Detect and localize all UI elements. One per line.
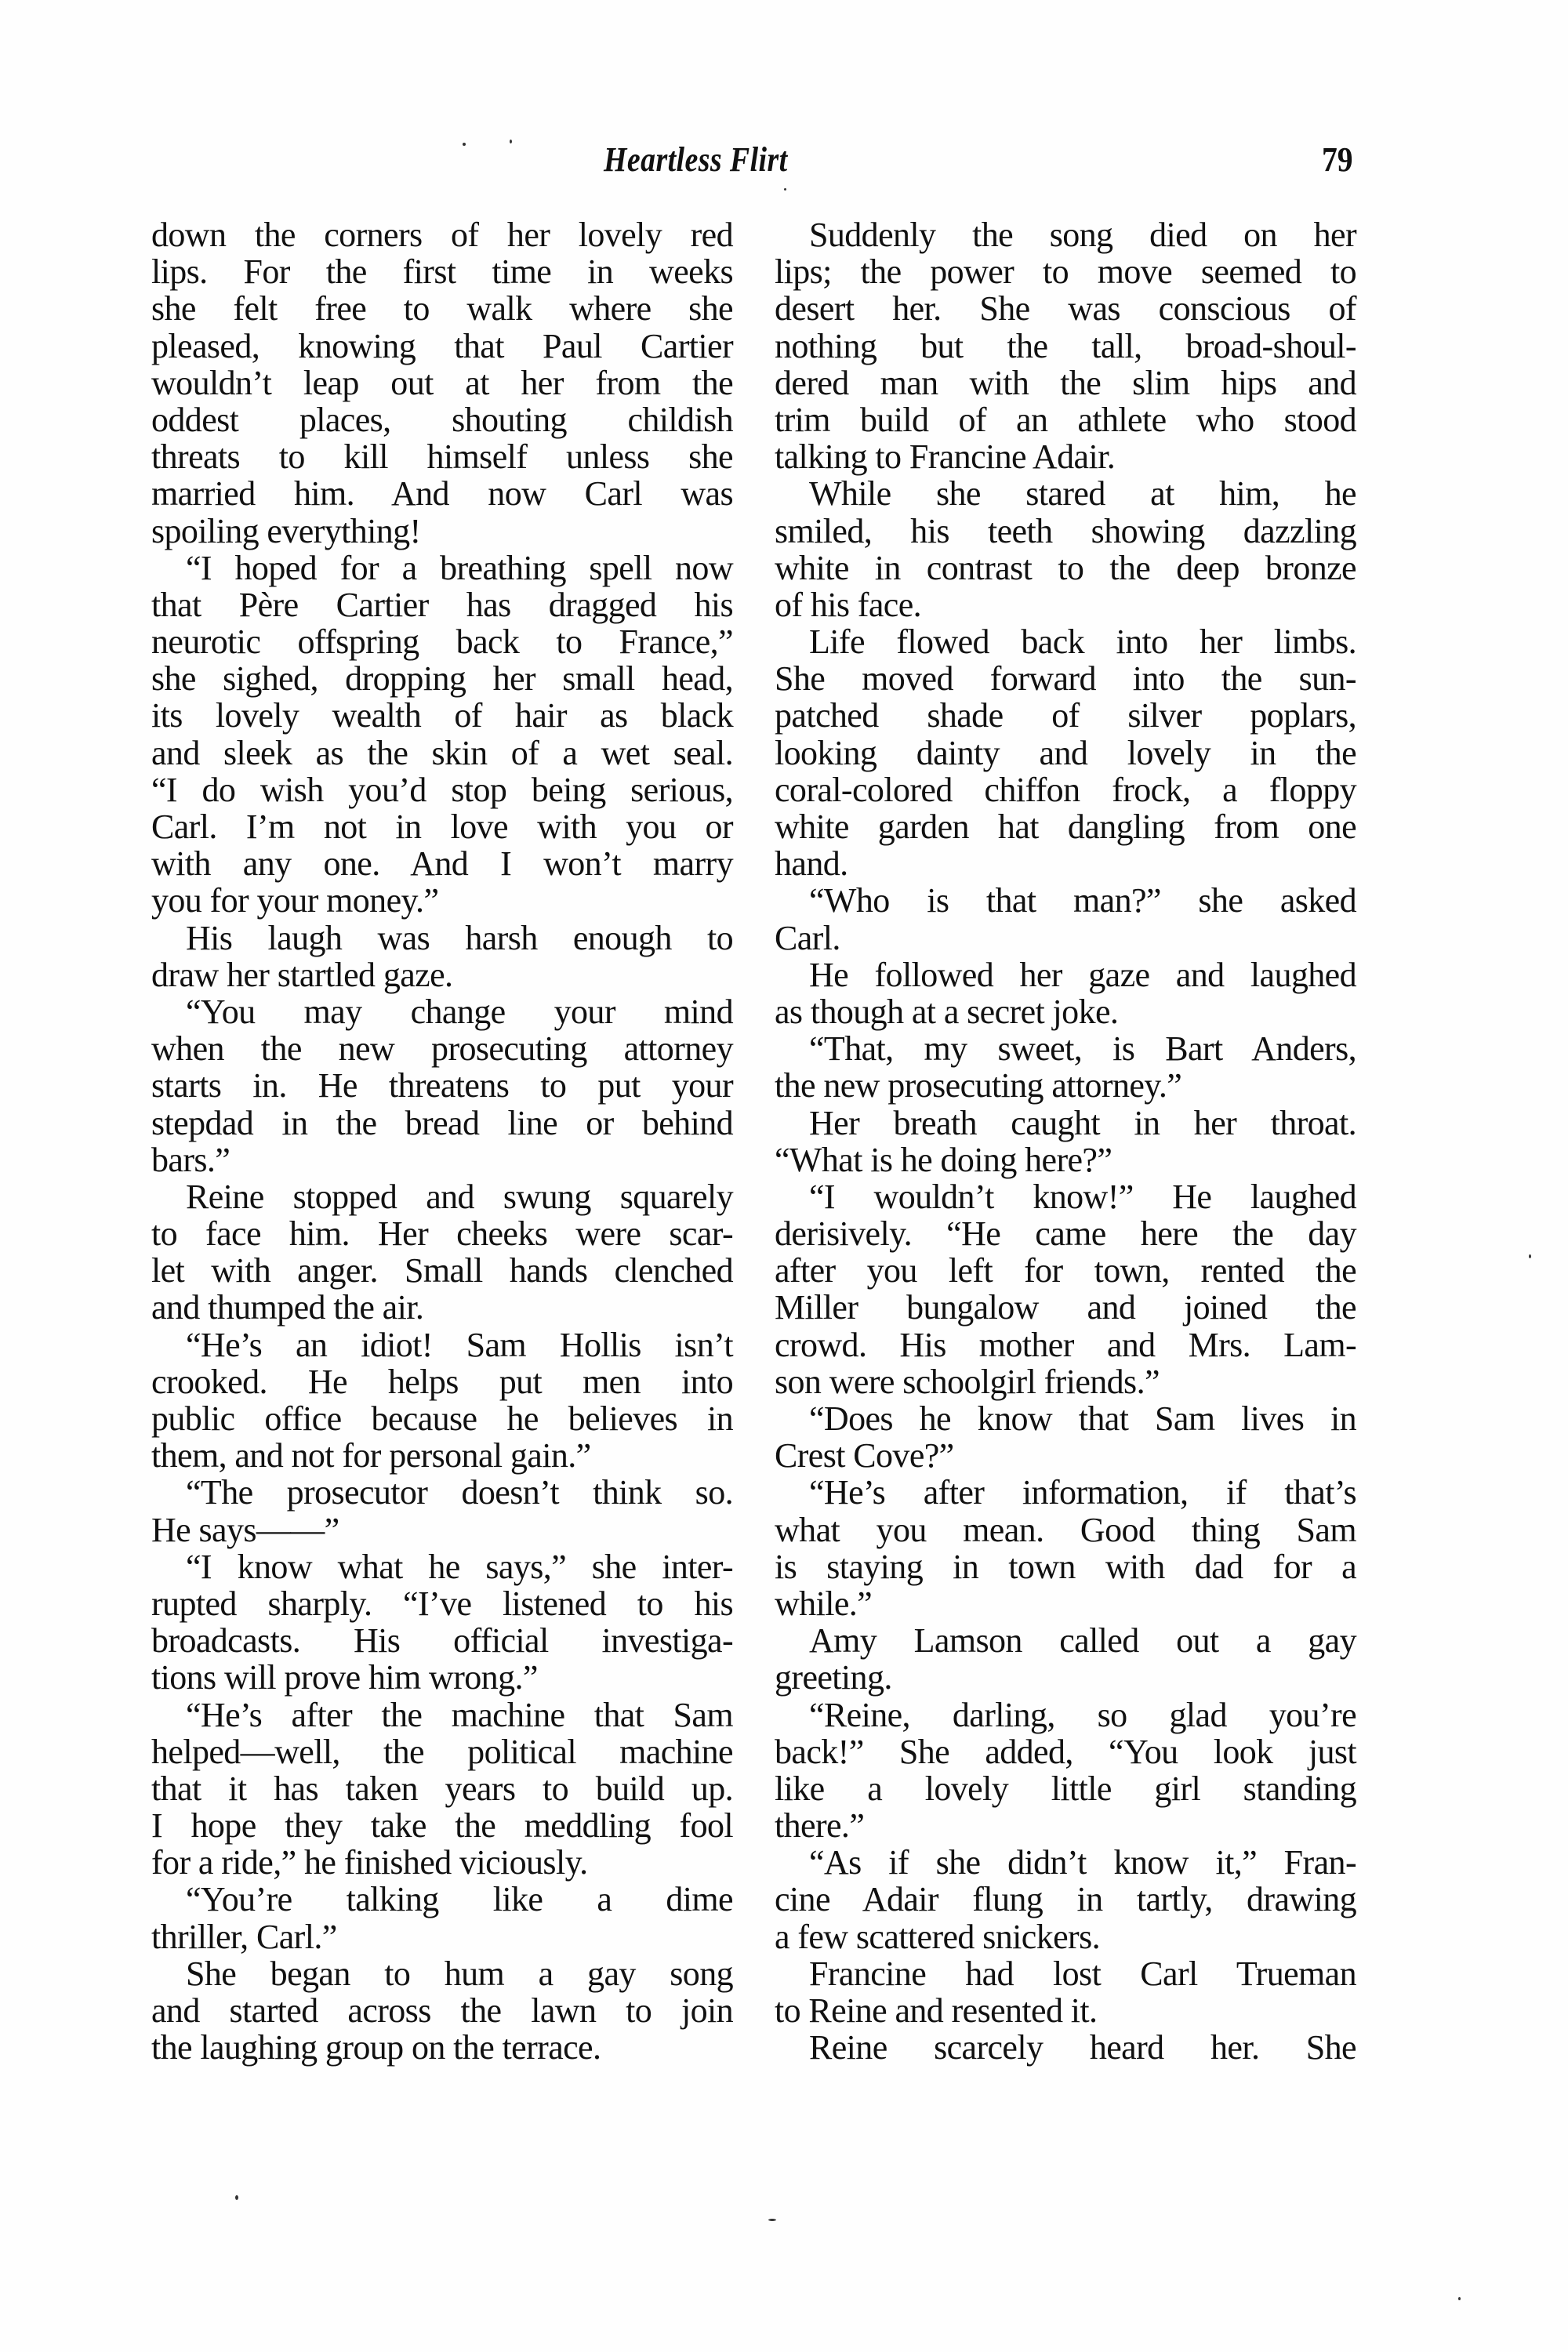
text-line: helped—well, the political machine <box>151 1733 733 1770</box>
text-line: “As if she didn’t know it,” Fran- <box>775 1844 1356 1881</box>
text-column-right: Suddenly the song died on herlips; the p… <box>775 216 1356 2066</box>
text-line: of his face. <box>775 586 1356 623</box>
text-line: “What is he doing here?” <box>775 1142 1356 1178</box>
text-line: you for your money.” <box>151 882 733 919</box>
text-line: nothing but the tall, broad-shoul- <box>775 328 1356 365</box>
text-line: lips. For the first time in weeks <box>151 253 733 290</box>
text-line: He says——” <box>151 1512 733 1548</box>
text-line: “Reine, darling, so glad you’re <box>775 1697 1356 1733</box>
text-line: when the new prosecuting attorney <box>151 1030 733 1067</box>
text-line: the new prosecuting attorney.” <box>775 1067 1356 1104</box>
text-line: Francine had lost Carl Trueman <box>775 1955 1356 1992</box>
text-line: Life flowed back into her limbs. <box>775 623 1356 660</box>
text-line: “You’re talking like a dime <box>151 1881 733 1918</box>
text-line: let with anger. Small hands clenched <box>151 1252 733 1289</box>
text-line: Amy Lamson called out a gay <box>775 1622 1356 1659</box>
text-line: “I know what he says,” she inter- <box>151 1548 733 1585</box>
text-line: spoiling everything! <box>151 513 733 550</box>
text-line: She moved forward into the sun- <box>775 660 1356 697</box>
text-line: for a ride,” he finished viciously. <box>151 1844 733 1881</box>
text-line: “I hoped for a breathing spell now <box>151 550 733 586</box>
text-line: there.” <box>775 1807 1356 1844</box>
text-line: Suddenly the song died on her <box>775 216 1356 253</box>
text-line: crooked. He helps put men into <box>151 1363 733 1400</box>
text-line: Carl. <box>775 920 1356 956</box>
text-line: stepdad in the bread line or behind <box>151 1105 733 1142</box>
text-line: “That, my sweet, is Bart Anders, <box>775 1030 1356 1067</box>
text-line: she sighed, dropping her small head, <box>151 660 733 697</box>
text-line: cine Adair flung in tartly, drawing <box>775 1881 1356 1918</box>
text-line: like a lovely little girl standing <box>775 1770 1356 1807</box>
text-line: after you left for town, rented the <box>775 1252 1356 1289</box>
text-line: while.” <box>775 1585 1356 1622</box>
text-line: married him. And now Carl was <box>151 475 733 512</box>
text-line: a few scattered snickers. <box>775 1918 1356 1955</box>
text-line: and started across the lawn to join <box>151 1992 733 2029</box>
text-line: threats to kill himself unless she <box>151 438 733 475</box>
text-line: derisively. “He came here the day <box>775 1215 1356 1252</box>
text-line: Her breath caught in her throat. <box>775 1105 1356 1142</box>
text-line: “Does he know that Sam lives in <box>775 1400 1356 1437</box>
text-line: “Who is that man?” she asked <box>775 882 1356 919</box>
text-column-left: down the corners of her lovely redlips. … <box>151 216 733 2066</box>
text-line: hand. <box>775 845 1356 882</box>
text-line: “You may change your mind <box>151 993 733 1030</box>
text-line: Reine stopped and swung squarely <box>151 1178 733 1215</box>
text-line: Miller bungalow and joined the <box>775 1289 1356 1326</box>
text-line: draw her startled gaze. <box>151 956 733 993</box>
text-line: its lovely wealth of hair as black <box>151 697 733 734</box>
text-line: dered man with the slim hips and <box>775 365 1356 401</box>
text-line: that it has taken years to build up. <box>151 1770 733 1807</box>
text-line: patched shade of silver poplars, <box>775 697 1356 734</box>
text-line: lips; the power to move seemed to <box>775 253 1356 290</box>
text-line: she felt free to walk where she <box>151 290 733 327</box>
text-line: pleased, knowing that Paul Cartier <box>151 328 733 365</box>
book-page: Heartless Flirt 79 down the corners of h… <box>0 0 1568 2352</box>
text-line: public office because he believes in <box>151 1400 733 1437</box>
text-line: that Père Cartier has dragged his <box>151 586 733 623</box>
text-line: thriller, Carl.” <box>151 1918 733 1955</box>
page-number: 79 <box>1322 140 1353 180</box>
text-line: broadcasts. His official investiga- <box>151 1622 733 1659</box>
text-line: son were schoolgirl friends.” <box>775 1363 1356 1400</box>
text-line: back!” She added, “You look just <box>775 1733 1356 1770</box>
text-line: and sleek as the skin of a wet seal. <box>151 735 733 771</box>
text-line: to Reine and resented it. <box>775 1992 1356 2029</box>
text-line: white garden hat dangling from one <box>775 808 1356 845</box>
text-line: coral-colored chiffon frock, a floppy <box>775 771 1356 808</box>
text-line: “He’s an idiot! Sam Hollis isn’t <box>151 1327 733 1363</box>
text-line: wouldn’t leap out at her from the <box>151 365 733 401</box>
text-line: white in contrast to the deep bronze <box>775 550 1356 586</box>
text-line: oddest places, shouting childish <box>151 401 733 438</box>
text-line: rupted sharply. “I’ve listened to his <box>151 1585 733 1622</box>
text-line: greeting. <box>775 1659 1356 1696</box>
text-line: trim build of an athlete who stood <box>775 401 1356 438</box>
text-line: “The prosecutor doesn’t think so. <box>151 1474 733 1511</box>
text-line: Carl. I’m not in love with you or <box>151 808 733 845</box>
text-line: I hope they take the meddling fool <box>151 1807 733 1844</box>
text-line: and thumped the air. <box>151 1289 733 1326</box>
text-line: them, and not for personal gain.” <box>151 1437 733 1474</box>
text-line: crowd. His mother and Mrs. Lam- <box>775 1327 1356 1363</box>
text-line: to face him. Her cheeks were scar- <box>151 1215 733 1252</box>
text-line: looking dainty and lovely in the <box>775 735 1356 771</box>
text-line: He followed her gaze and laughed <box>775 956 1356 993</box>
text-line: what you mean. Good thing Sam <box>775 1512 1356 1548</box>
text-line: Reine scarcely heard her. She <box>775 2029 1356 2066</box>
text-line: “He’s after the machine that Sam <box>151 1697 733 1733</box>
text-line: with any one. And I won’t marry <box>151 845 733 882</box>
text-line: talking to Francine Adair. <box>775 438 1356 475</box>
text-line: “I wouldn’t know!” He laughed <box>775 1178 1356 1215</box>
text-line: the laughing group on the terrace. <box>151 2029 733 2066</box>
text-line: “He’s after information, if that’s <box>775 1474 1356 1511</box>
text-line: is staying in town with dad for a <box>775 1548 1356 1585</box>
text-line: smiled, his teeth showing dazzling <box>775 513 1356 550</box>
text-line: desert her. She was conscious of <box>775 290 1356 327</box>
text-line: She began to hum a gay song <box>151 1955 733 1992</box>
text-line: tions will prove him wrong.” <box>151 1659 733 1696</box>
running-title: Heartless Flirt <box>604 140 788 180</box>
text-line: as though at a secret joke. <box>775 993 1356 1030</box>
text-line: bars.” <box>151 1142 733 1178</box>
text-line: His laugh was harsh enough to <box>151 920 733 956</box>
text-line: down the corners of her lovely red <box>151 216 733 253</box>
text-line: While she stared at him, he <box>775 475 1356 512</box>
text-line: “I do wish you’d stop being serious, <box>151 771 733 808</box>
text-line: Crest Cove?” <box>775 1437 1356 1474</box>
text-line: neurotic offspring back to France,” <box>151 623 733 660</box>
text-line: starts in. He threatens to put your <box>151 1067 733 1104</box>
